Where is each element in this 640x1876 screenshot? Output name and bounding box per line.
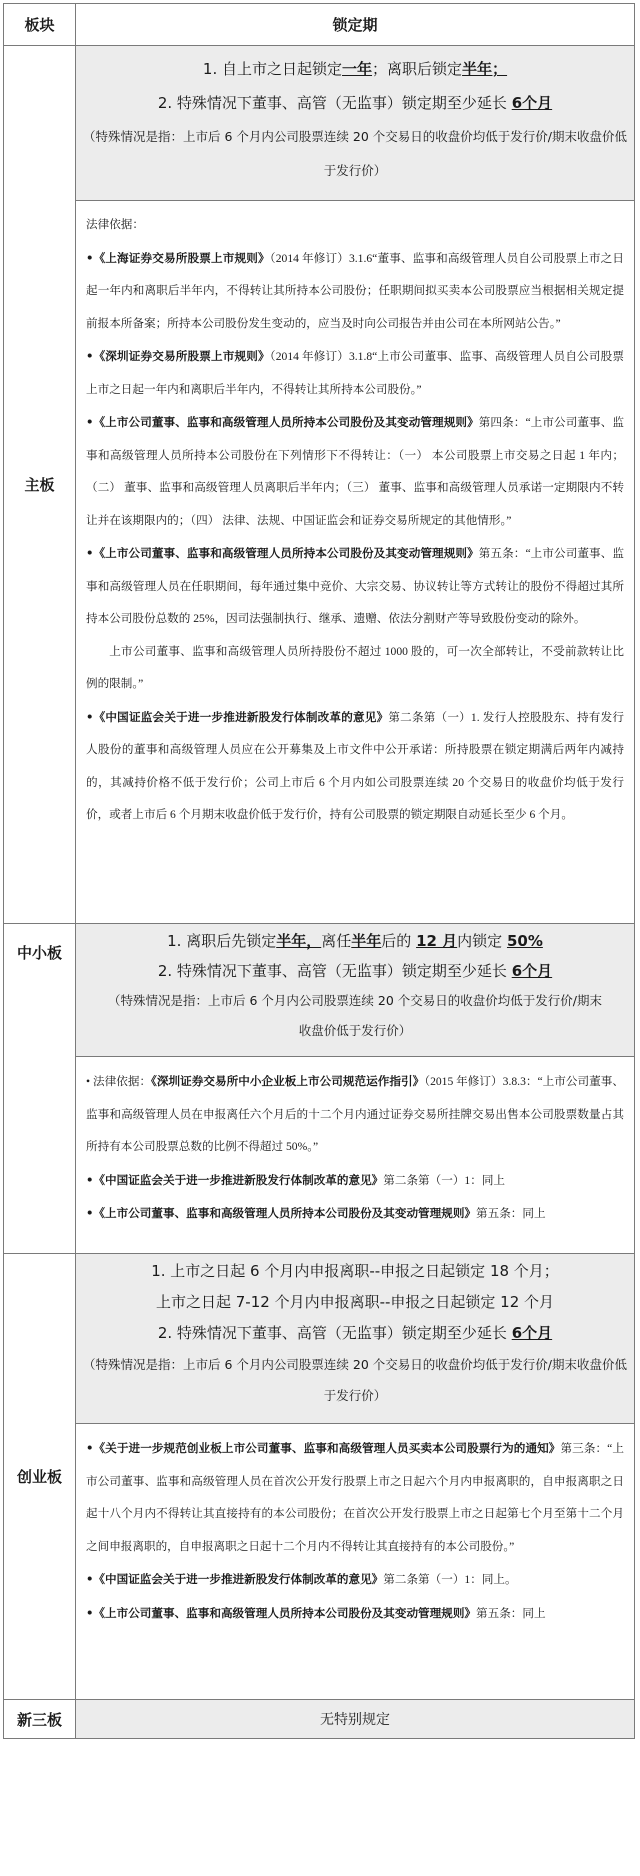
board-label: 中小板 <box>4 924 76 1253</box>
law-item: •《上市公司董事、监事和高级管理人员所持本公司股份及其变动管理规则》第五条：“上… <box>86 537 624 636</box>
law-item: •《上市公司董事、监事和高级管理人员所持本公司股份及其变动管理规则》第四条：“上… <box>86 406 624 537</box>
board-label: 新三板 <box>4 1700 76 1738</box>
board-label: 创业板 <box>4 1254 76 1699</box>
table-row-neeq-board: 新三板 无特别规定 <box>4 1700 634 1738</box>
header-lock-period: 锁定期 <box>76 4 634 45</box>
law-item: •《上市公司董事、监事和高级管理人员所持本公司股份及其变动管理规则》第五条：同上 <box>86 1197 624 1231</box>
summary-line-2: 2. 特殊情况下董事、高管（无监事）锁定期至少延长 6个月 <box>82 86 628 120</box>
special-case-note: （特殊情况是指：上市后 6 个月内公司股票连续 20 个交易日的收盘价均低于发行… <box>82 120 628 188</box>
law-item: •《中国证监会关于进一步推进新股发行体制改革的意见》第二条第（一）1：同上。 <box>86 1563 624 1597</box>
summary-line-2: 2. 特殊情况下董事、高管（无监事）锁定期至少延长 6个月 <box>82 1318 628 1349</box>
summary-line-1: 1. 上市之日起 6 个月内申报离职--申报之日起锁定 18 个月； <box>82 1256 628 1287</box>
law-item: •《上海证券交易所股票上市规则》（2014 年修订）3.1.6“董事、监事和高级… <box>86 242 624 341</box>
board-label: 主板 <box>4 46 76 923</box>
law-item: • 法律依据：《深圳证券交易所中小企业板上市公司规范运作指引》（2015 年修订… <box>86 1065 624 1164</box>
lockup-period-table: 板块 锁定期 主板 1. 自上市之日起锁定一年；离职后锁定半年； 2. 特殊情况… <box>3 3 635 1739</box>
table-row-sme-board: 中小板 1. 离职后先锁定半年，离任半年后的 12 月内锁定 50% 2. 特殊… <box>4 924 634 1254</box>
legal-basis: 法律依据： •《上海证券交易所股票上市规则》（2014 年修订）3.1.6“董事… <box>76 201 634 836</box>
legal-basis: •《关于进一步规范创业板上市公司董事、监事和高级管理人员买卖本公司股票行为的通知… <box>76 1424 634 1634</box>
law-item: •《深圳证券交易所股票上市规则》（2014 年修订）3.1.8“上市公司董事、监… <box>86 340 624 406</box>
no-special-rule: 无特别规定 <box>76 1700 634 1738</box>
lockup-summary: 1. 上市之日起 6 个月内申报离职--申报之日起锁定 18 个月； 上市之日起… <box>76 1254 634 1424</box>
law-item: •《上市公司董事、监事和高级管理人员所持本公司股份及其变动管理规则》第五条：同上 <box>86 1597 624 1631</box>
table-row-chinext-board: 创业板 1. 上市之日起 6 个月内申报离职--申报之日起锁定 18 个月； 上… <box>4 1254 634 1700</box>
summary-line-2: 2. 特殊情况下董事、高管（无监事）锁定期至少延长 6个月 <box>82 956 628 986</box>
lockup-summary: 1. 自上市之日起锁定一年；离职后锁定半年； 2. 特殊情况下董事、高管（无监事… <box>76 46 634 201</box>
special-case-note: （特殊情况是指：上市后 6 个月内公司股票连续 20 个交易日的收盘价均低于发行… <box>82 986 628 1046</box>
legal-basis: • 法律依据：《深圳证券交易所中小企业板上市公司规范运作指引》（2015 年修订… <box>76 1057 634 1235</box>
legal-basis-title: 法律依据： <box>86 209 624 242</box>
table-row-main-board: 主板 1. 自上市之日起锁定一年；离职后锁定半年； 2. 特殊情况下董事、高管（… <box>4 46 634 924</box>
law-item: •《中国证监会关于进一步推进新股发行体制改革的意见》第二条第（一）1. 发行人控… <box>86 701 624 832</box>
law-item: •《关于进一步规范创业板上市公司董事、监事和高级管理人员买卖本公司股票行为的通知… <box>86 1432 624 1563</box>
header-board: 板块 <box>4 4 76 45</box>
summary-line-1: 1. 离职后先锁定半年，离任半年后的 12 月内锁定 50% <box>82 926 628 956</box>
summary-line-1b: 上市之日起 7-12 个月内申报离职--申报之日起锁定 12 个月 <box>82 1287 628 1318</box>
law-item: •《中国证监会关于进一步推进新股发行体制改革的意见》第二条第（一）1：同上 <box>86 1164 624 1198</box>
summary-line-1: 1. 自上市之日起锁定一年；离职后锁定半年； <box>82 52 628 86</box>
lockup-summary: 1. 离职后先锁定半年，离任半年后的 12 月内锁定 50% 2. 特殊情况下董… <box>76 924 634 1057</box>
special-case-note: （特殊情况是指：上市后 6 个月内公司股票连续 20 个交易日的收盘价均低于发行… <box>82 1349 628 1411</box>
table-header-row: 板块 锁定期 <box>4 4 634 46</box>
law-item: 上市公司董事、监事和高级管理人员所持股份不超过 1000 股的，可一次全部转让，… <box>86 636 624 701</box>
